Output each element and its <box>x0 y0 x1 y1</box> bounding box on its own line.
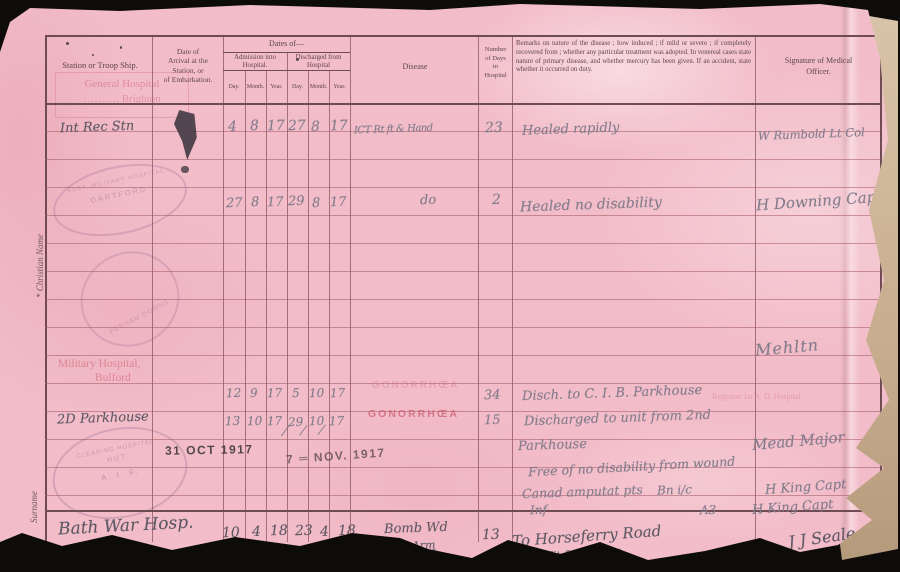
table-grid-line-vertical <box>755 35 756 542</box>
header-adm-day-label: Day. <box>223 84 245 90</box>
row5-a3-note: A3 <box>700 503 717 518</box>
row6-remarks-line1: To Horseferry Road <box>512 522 662 550</box>
row2-dis-year: 17 <box>330 195 347 211</box>
row6-disease-line2: R Arm <box>400 538 436 552</box>
row2-adm-month: 8 <box>251 195 260 210</box>
row3-adm-day: 12 <box>226 386 242 401</box>
table-grid-line-horizontal <box>45 35 882 37</box>
row6-disease-line1: Bomb Wd <box>384 520 448 537</box>
row2-days: 2 <box>492 192 501 208</box>
margin-christian-name-label: * Christian Name <box>35 202 45 298</box>
ink-blot <box>174 110 198 160</box>
margin-surname-label: Surname <box>29 471 39 523</box>
header-dis-year-label: Year. <box>329 84 350 90</box>
row6-adm-month: 4 <box>252 524 261 540</box>
header-remarks-label: Remarks on nature of the disease ; how i… <box>516 40 751 75</box>
row3-days: 34 <box>484 388 501 404</box>
row4-adm-month: 10 <box>247 414 263 429</box>
row3-signature: Mehltn <box>754 335 819 360</box>
row6-remarks-line2: Fit for “Duty” <box>545 547 622 563</box>
general-hospital-stamp: General Hospital ………, Brighton <box>55 72 189 118</box>
header-discharged-label: Discharged from Hospital <box>288 54 349 70</box>
row6-dis-year: 18 <box>338 523 356 540</box>
row6-adm-day: 10 <box>222 525 240 542</box>
row4-dis-year: 17 <box>329 414 345 429</box>
table-grid-line-horizontal <box>223 52 350 53</box>
row4-adm-day: 13 <box>225 414 241 429</box>
paper-speck <box>66 42 69 45</box>
row6-station: Bath War Hosp. <box>58 512 194 539</box>
table-grid-line-horizontal <box>45 411 881 412</box>
row4-days: 15 <box>484 413 501 429</box>
paper-speck <box>120 46 122 49</box>
row2-dis-day: 29 <box>288 194 305 210</box>
header-dates-of-label: Dates of— <box>223 39 350 48</box>
row6-adm-year: 18 <box>270 523 288 540</box>
table-grid-line-vertical <box>45 35 47 542</box>
row4-signature: Mead Major <box>751 428 845 454</box>
row3-adm-month: 9 <box>250 386 258 400</box>
header-adm-month-label: Month. <box>245 84 266 90</box>
gonorrhoea-stamp-faint: GONORRHŒA <box>372 380 459 391</box>
table-grid-line-vertical <box>245 70 246 542</box>
paper-speck <box>296 58 299 61</box>
registrar-stamp: Registrar 1st A. D. Hospital <box>712 392 801 401</box>
header-station-label: Station or Troop Ship. <box>50 60 150 70</box>
table-grid-line-horizontal <box>45 187 881 188</box>
row2-adm-day: 27 <box>226 196 243 212</box>
header-admission-label: Admission into Hospital. <box>224 54 286 70</box>
table-grid-line-vertical <box>152 35 153 542</box>
table-grid-line-vertical <box>308 70 309 542</box>
row2-remarks: Healed no disability <box>520 195 662 216</box>
row6-dis-day: 23 <box>295 523 313 540</box>
scanned-hospital-record: Station or Troop Ship. Date of Arrival a… <box>0 0 900 572</box>
header-signature-label: Signature of Medical Officer. <box>757 56 880 78</box>
table-grid-line-horizontal <box>45 383 881 384</box>
row2-disease-ditto: do <box>420 193 437 209</box>
pink-record-sheet: Station or Troop Ship. Date of Arrival a… <box>0 0 900 572</box>
dartford-oval-stamp: AUST. MILITARY HOSPITAL DARTFORD <box>46 153 193 248</box>
header-dis-month-label: Month. <box>308 84 329 90</box>
table-grid-line-horizontal <box>45 327 881 328</box>
date-stamp-31-oct-1917: 31 OCT 1917 <box>165 442 254 458</box>
table-grid-line-horizontal <box>223 70 350 71</box>
row5-remarks-line2: Canad amputat pts <box>522 482 643 501</box>
row5-inf-note: Inf <box>530 503 547 518</box>
row3-remarks: Disch. to C. I. B. Parkhouse <box>522 383 703 404</box>
table-grid-line-vertical <box>350 35 351 542</box>
row1-dis-year: 17 <box>330 118 348 135</box>
row6-dis-month: 4 <box>320 524 329 540</box>
row6-days: 13 <box>482 527 500 544</box>
table-grid-line-vertical <box>223 35 224 542</box>
row3-adm-year: 17 <box>267 386 283 401</box>
row1-remarks: Healed rapidly <box>522 120 620 138</box>
row1-dis-day: 27 <box>288 118 306 135</box>
general-hospital-stamp-line1: General Hospital <box>56 78 188 90</box>
ink-blot-small <box>181 166 189 173</box>
gonorrhoea-stamp: GONORRHŒA <box>368 408 459 420</box>
row4-adm-year: 17 <box>267 414 283 429</box>
row3-dis-year: 17 <box>330 386 346 401</box>
row3-dis-month: 10 <box>309 386 325 401</box>
row4-remarks-line2: Parkhouse <box>518 437 587 454</box>
table-grid-line-horizontal <box>45 271 881 272</box>
row5-remarks-line1: Free of no disability from wound <box>528 454 736 480</box>
row1-adm-day: 4 <box>228 119 237 135</box>
row1-adm-month: 8 <box>250 118 259 134</box>
row1-dis-month: 8 <box>311 119 320 135</box>
row5-bn-note: Bn i/c <box>657 482 692 497</box>
table-grid-line-horizontal <box>45 299 881 300</box>
table-grid-line-vertical <box>329 70 330 542</box>
paper-speck <box>92 54 94 56</box>
header-dis-day-label: Day. <box>287 84 308 90</box>
header-adm-year-label: Year. <box>266 84 287 90</box>
row2-signature: H Downing Capt <box>756 188 883 215</box>
row1-disease: ICT Rt ft & Hand <box>354 123 433 137</box>
table-grid-line-vertical <box>266 70 267 542</box>
table-grid-line-horizontal <box>45 467 881 468</box>
row1-signature: W Rumbold Lt Col <box>758 125 865 143</box>
row4-station: 2D Parkhouse <box>57 409 149 427</box>
table-grid-line-horizontal <box>45 159 881 160</box>
table-grid-line-vertical <box>478 35 479 542</box>
bulford-stamp-line1: Military Hospital, <box>58 358 140 370</box>
row1-days: 23 <box>485 120 503 137</box>
table-grid-line-horizontal <box>45 215 881 216</box>
row5-signature2: H King Capt <box>752 497 834 518</box>
row2-dis-month: 8 <box>312 196 321 211</box>
row1-adm-year: 17 <box>267 118 285 135</box>
header-days-label: Number of Days in Hospital <box>479 46 512 80</box>
pencil-slash-marks: ⁄ ⁄ ⁄ <box>284 423 329 440</box>
row3-dis-day: 5 <box>292 386 300 400</box>
row2-adm-year: 17 <box>267 195 284 211</box>
table-grid-line-vertical <box>512 35 513 542</box>
table-grid-line-horizontal <box>45 103 881 105</box>
row1-station: Int Rec Stn <box>60 119 135 137</box>
table-grid-line-horizontal <box>45 131 881 132</box>
table-grid-line-horizontal <box>45 495 881 496</box>
header-disease-label: Disease <box>352 62 478 71</box>
date-stamp-7-nov-1917: 7 ═ NOV. 1917 <box>286 446 386 467</box>
table-grid-line-horizontal <box>45 243 881 244</box>
